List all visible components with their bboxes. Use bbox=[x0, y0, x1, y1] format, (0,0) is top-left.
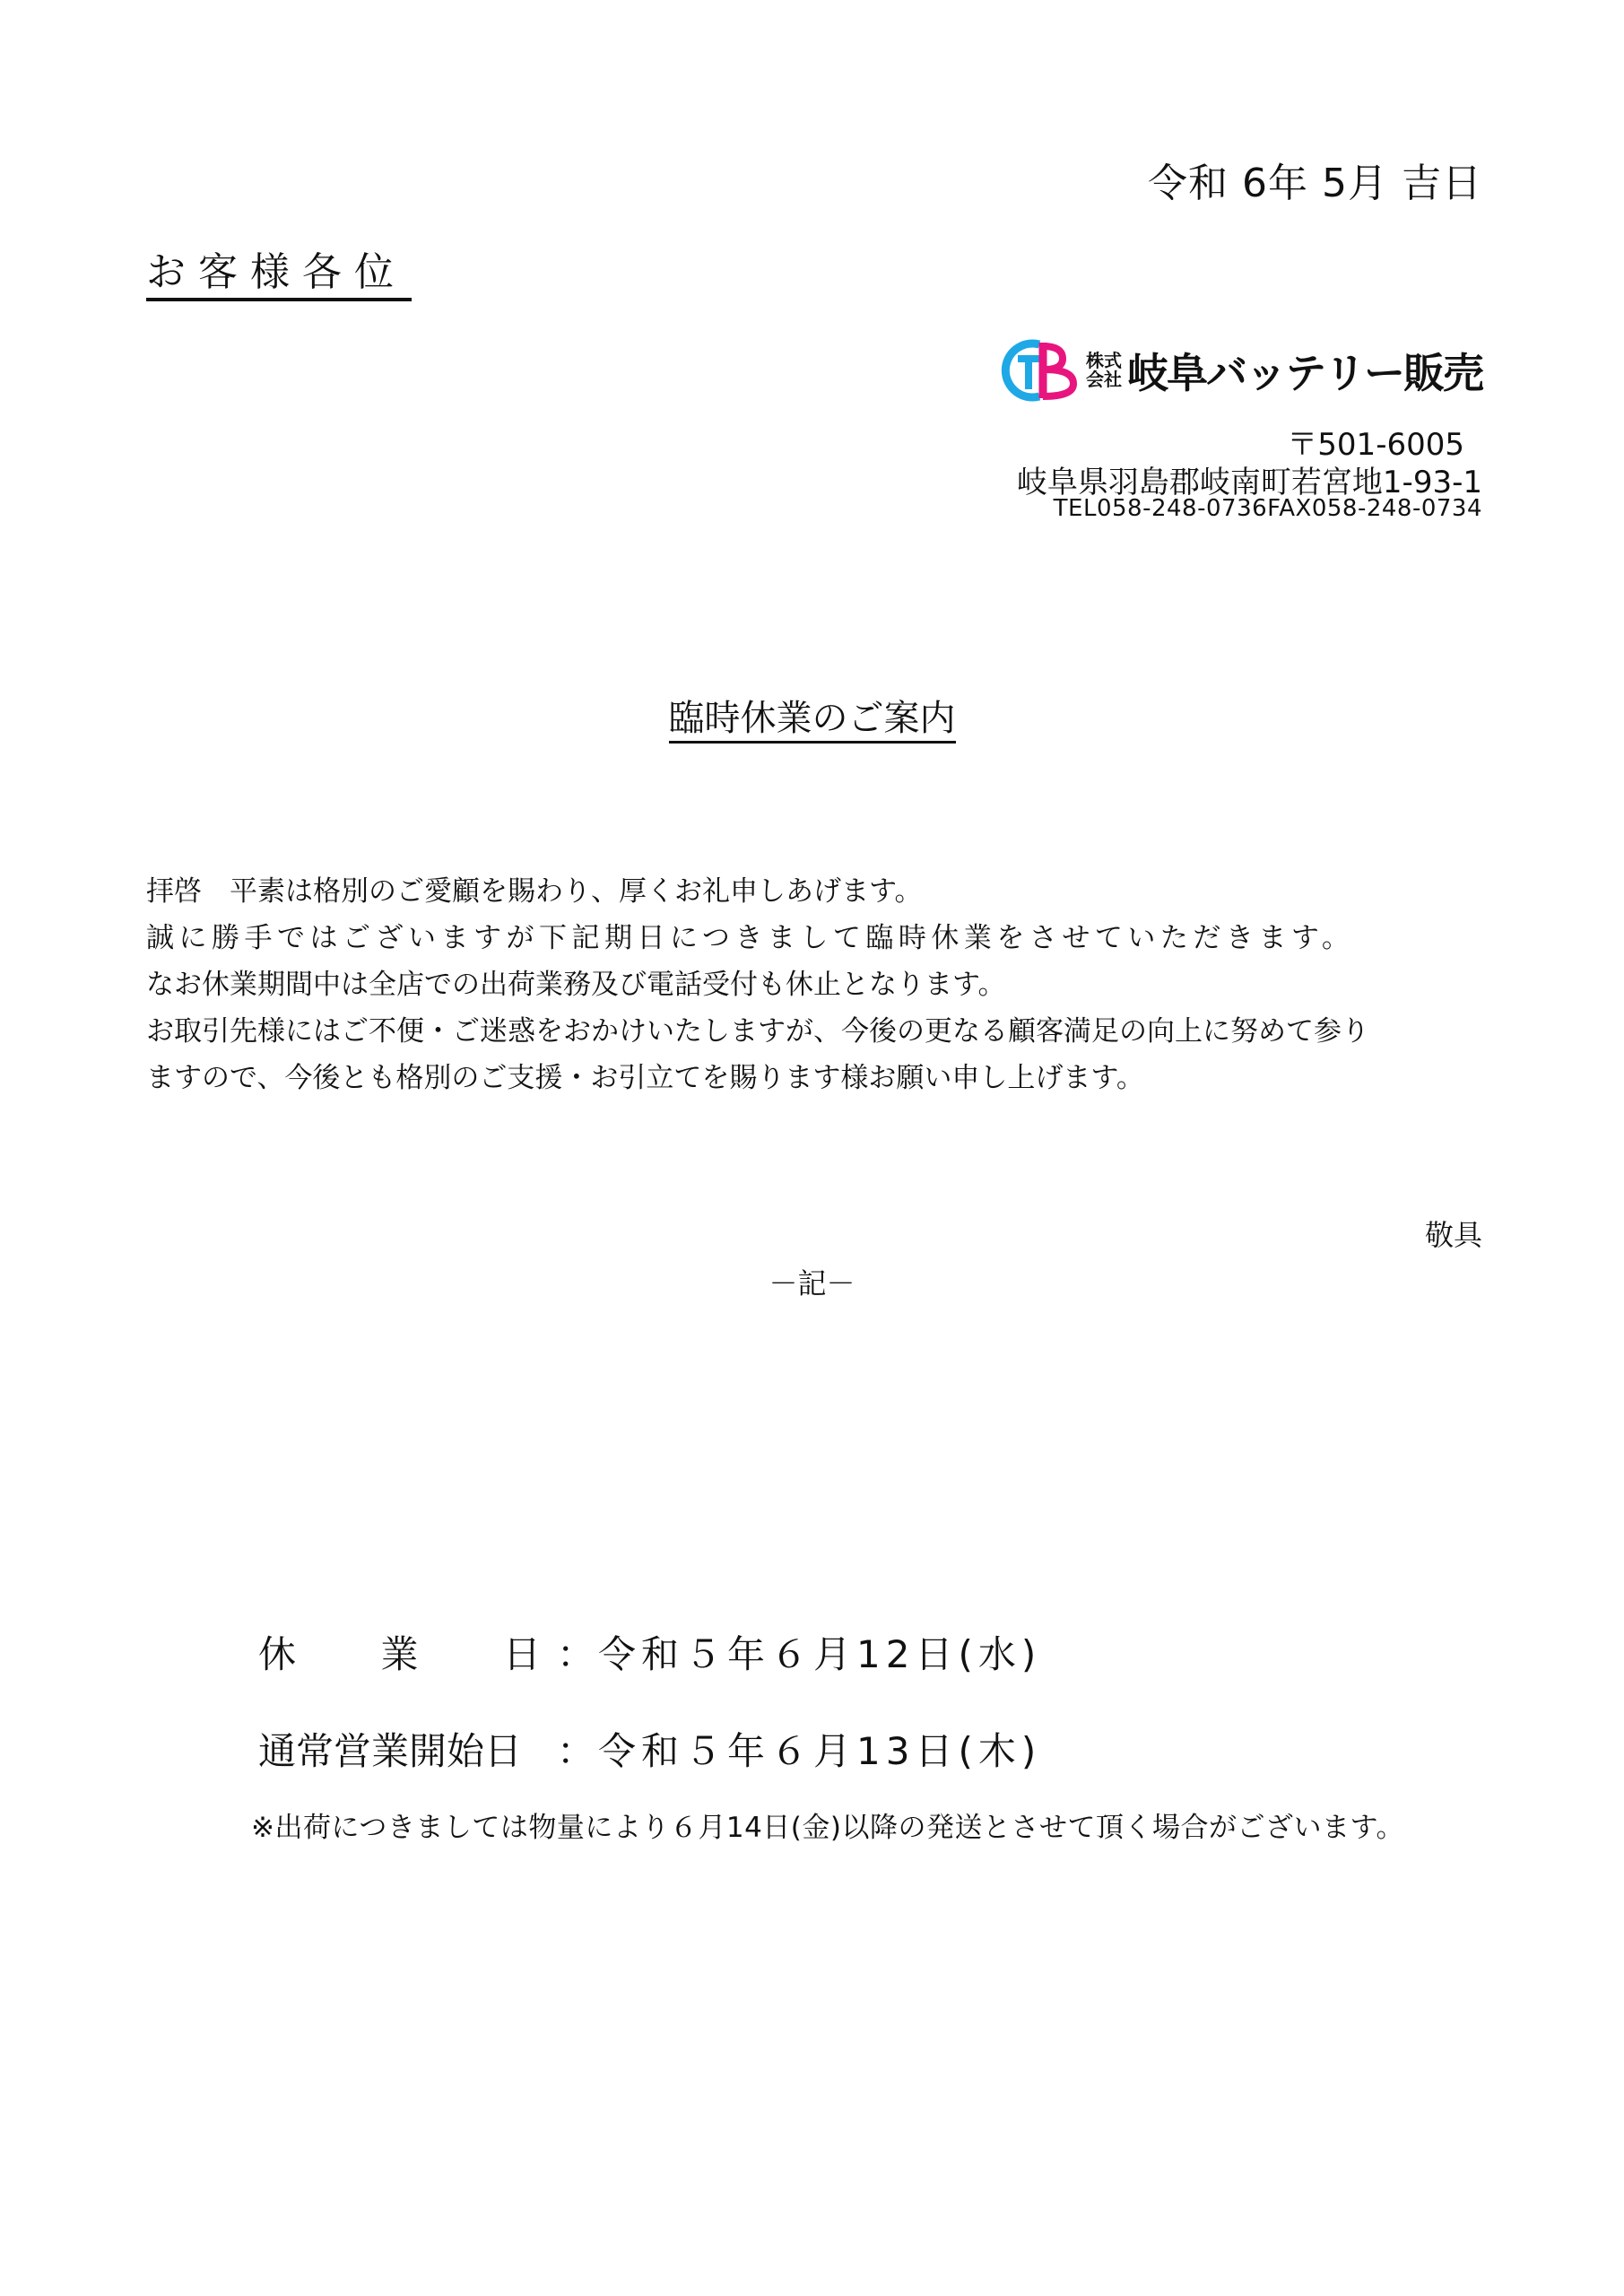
closure-date-label: 休 業 日 bbox=[258, 1625, 541, 1679]
tel-fax: TEL058-248-0736FAX058-248-0734 bbox=[1054, 495, 1482, 522]
ki-marker: －記－ bbox=[0, 1261, 1624, 1302]
gb-logo-icon bbox=[998, 339, 1079, 402]
company-logo: 株式 会社 岐阜バッテリー販売 bbox=[998, 339, 1482, 402]
body-line: 拝啓 平素は格別のご愛顧を賜わり、厚くお礼申しあげます。 bbox=[146, 868, 1482, 915]
body-line: ますので、今後とも格別のご支援・お引立てを賜ります様お願い申し上げます。 bbox=[146, 1055, 1482, 1101]
closure-date-value: 令和５年６月12日(水) bbox=[598, 1625, 1041, 1679]
body-line: なお休業期間中は全店での出荷業務及び電話受付も休止となります。 bbox=[146, 961, 1482, 1008]
company-name: 岐阜バッテリー販売 bbox=[1127, 341, 1482, 400]
recipient-heading: お客様各位 bbox=[146, 251, 412, 301]
kabushiki-kaisha-label: 株式 会社 bbox=[1086, 352, 1122, 389]
shipping-note: ※出荷につきましては物量により６月14日(金)以降の発送とさせて頂く場合がござい… bbox=[251, 1805, 1404, 1845]
closure-date-row: 休 業 日 ： 令和５年６月12日(水) bbox=[258, 1625, 1041, 1679]
reopen-date-label: 通常営業開始日 bbox=[258, 1722, 541, 1776]
body-line: お取引先様にはご不便・ご迷惑をおかけいたしますが、今後の更なる顧客満足の向上に努… bbox=[146, 1008, 1482, 1055]
document-date: 令和 6年 5月 吉日 bbox=[1148, 151, 1482, 208]
document-title: 臨時休業のご案内 bbox=[0, 698, 1624, 739]
closing-keigu: 敬具 bbox=[1425, 1213, 1482, 1254]
reopen-date-row: 通常営業開始日 ： 令和５年６月13日(木) bbox=[258, 1722, 1041, 1776]
colon: ： bbox=[557, 1722, 595, 1776]
reopen-date-value: 令和５年６月13日(木) bbox=[598, 1722, 1041, 1776]
body-line: 誠に勝手ではございますが下記期日につきまして臨時休業をさせていただきます。 bbox=[146, 915, 1482, 961]
body-paragraph: 拝啓 平素は格別のご愛顧を賜わり、厚くお礼申しあげます。 誠に勝手ではございます… bbox=[146, 868, 1482, 1101]
colon: ： bbox=[557, 1625, 595, 1679]
